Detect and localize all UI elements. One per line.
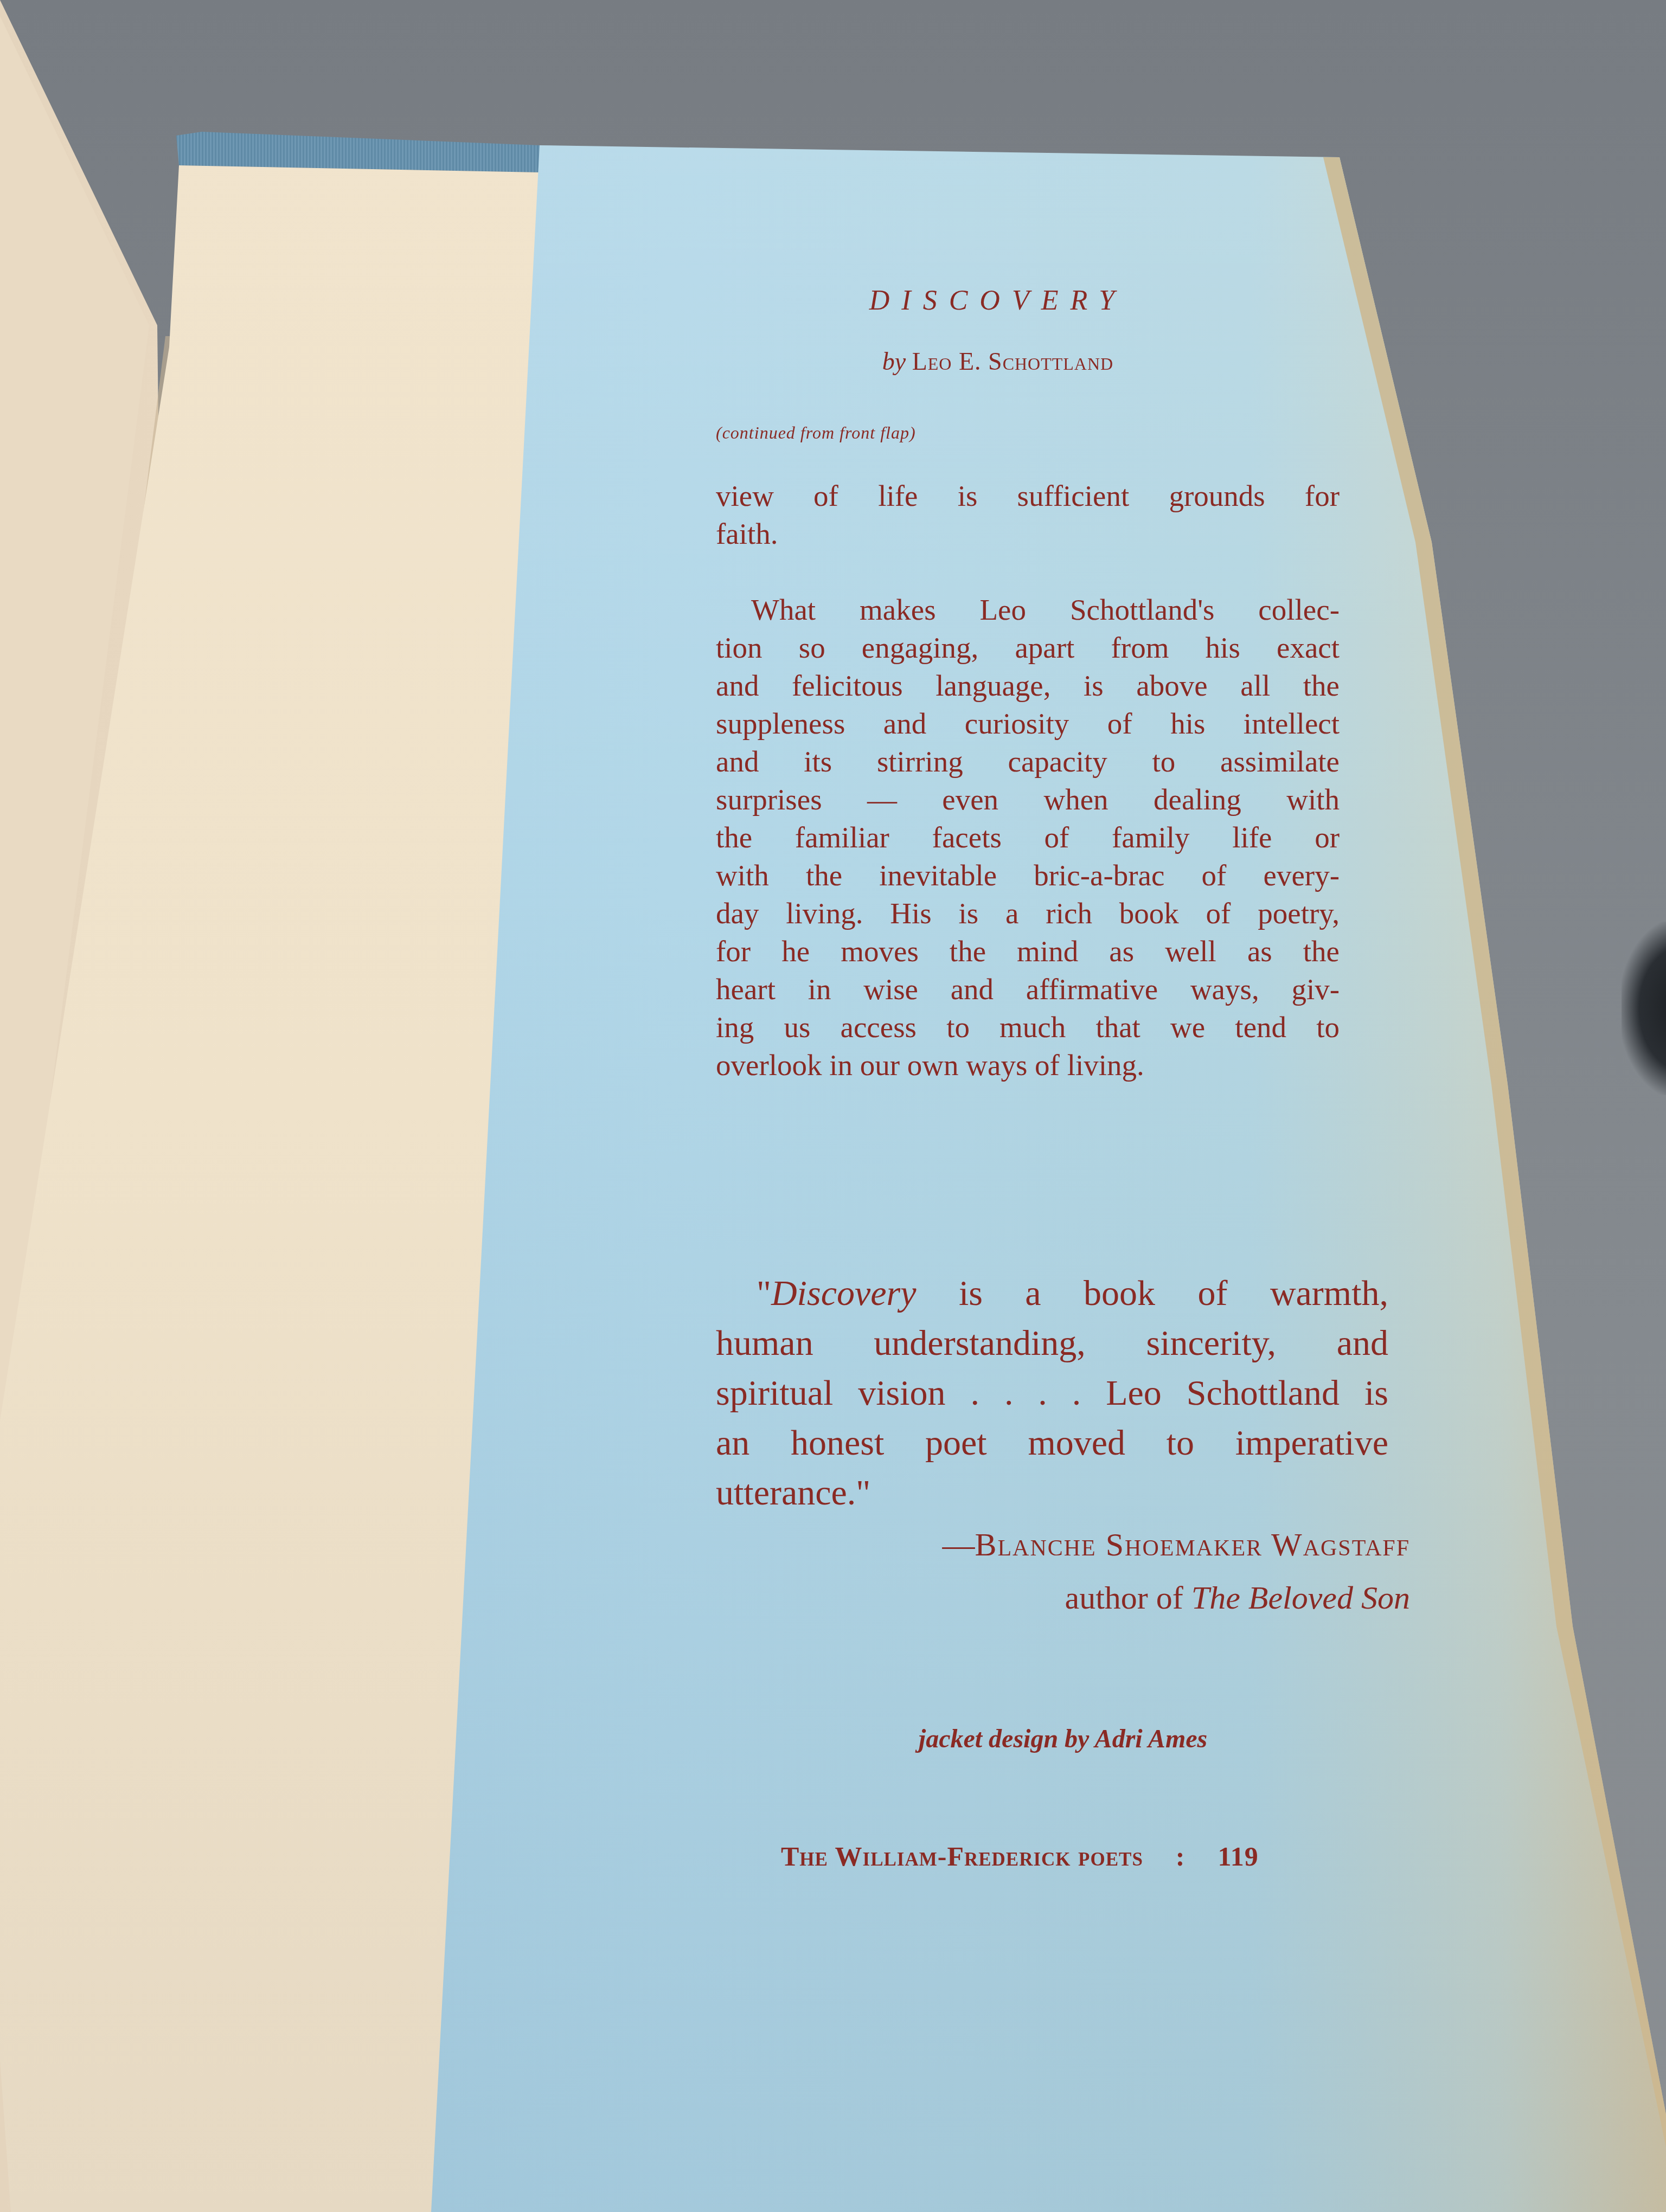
quote-line: spiritual vision . . . . Leo Schottland … — [716, 1368, 1388, 1418]
text-line: with the inevitable bric-a-brac of every… — [716, 857, 1340, 895]
text-line: faith. — [716, 515, 1340, 553]
text-line: overlook in our own ways of living. — [716, 1046, 1340, 1084]
quote-attribution: —Blanche Shoemaker Wagstaff author of Th… — [738, 1518, 1410, 1624]
dark-object-edge — [1622, 922, 1666, 1095]
attribution-book-line: author of The Beloved Son — [738, 1571, 1410, 1624]
text-line: suppleness and curiosity of his intellec… — [716, 705, 1340, 743]
flap-body-text: view of life is sufficient grounds for f… — [716, 477, 1340, 1084]
text-line: heart in wise and affirmative ways, giv- — [716, 970, 1340, 1008]
text-line: day living. His is a rich book of poetry… — [716, 895, 1340, 933]
text-line: What makes Leo Schottland's collec- — [716, 591, 1340, 629]
quote-line: "Discovery is a book of warmth, — [716, 1269, 1388, 1319]
jacket-design-credit: jacket design by Adri Ames — [846, 1724, 1280, 1754]
attribution-book: The Beloved Son — [1191, 1580, 1410, 1616]
paragraph-2: What makes Leo Schottland's collec- tion… — [716, 591, 1340, 1084]
text-line: surprises — even when dealing with — [716, 781, 1340, 819]
paragraph-1: view of life is sufficient grounds for f… — [716, 477, 1340, 553]
series-separator: : — [1176, 1841, 1186, 1872]
text-line: tion so engaging, apart from his exact — [716, 629, 1340, 667]
review-quote: "Discovery is a book of warmth, human un… — [716, 1269, 1388, 1518]
quote-line: human understanding, sincerity, and — [716, 1319, 1388, 1368]
text-line: and felicitous language, is above all th… — [716, 667, 1340, 705]
text-line: and its stirring capacity to assimilate — [716, 743, 1340, 781]
series-name: The William-Frederick poets — [781, 1841, 1143, 1872]
quote-open-mark: " — [757, 1274, 771, 1313]
quote-italic-title: Discovery — [771, 1274, 917, 1313]
text-line: for he moves the mind as well as the — [716, 933, 1340, 970]
attribution-name-line: —Blanche Shoemaker Wagstaff — [738, 1518, 1410, 1571]
quote-line: an honest poet moved to imperative — [716, 1418, 1388, 1468]
text-line: ing us access to much that we tend to — [716, 1008, 1340, 1046]
attribution-author-of: author of — [1065, 1580, 1191, 1616]
attribution-name: Blanche Shoemaker Wagstaff — [975, 1527, 1410, 1562]
book-title: DISCOVERY — [781, 285, 1215, 317]
text-line: view of life is sufficient grounds for — [716, 477, 1340, 515]
byline-by: by — [882, 348, 906, 375]
series-line: The William-Frederick poets : 119 — [781, 1841, 1405, 1872]
byline-author: Leo E. Schottland — [912, 348, 1113, 375]
quote-line: utterance." — [716, 1468, 1388, 1518]
author-byline: by Leo E. Schottland — [781, 347, 1215, 376]
series-number: 119 — [1218, 1841, 1259, 1872]
attribution-dash: — — [942, 1527, 975, 1562]
continued-note: (continued from front flap) — [716, 423, 1150, 443]
text-line: the familiar facets of family life or — [716, 819, 1340, 857]
quote-line-rest: is a book of warmth, — [917, 1274, 1389, 1313]
